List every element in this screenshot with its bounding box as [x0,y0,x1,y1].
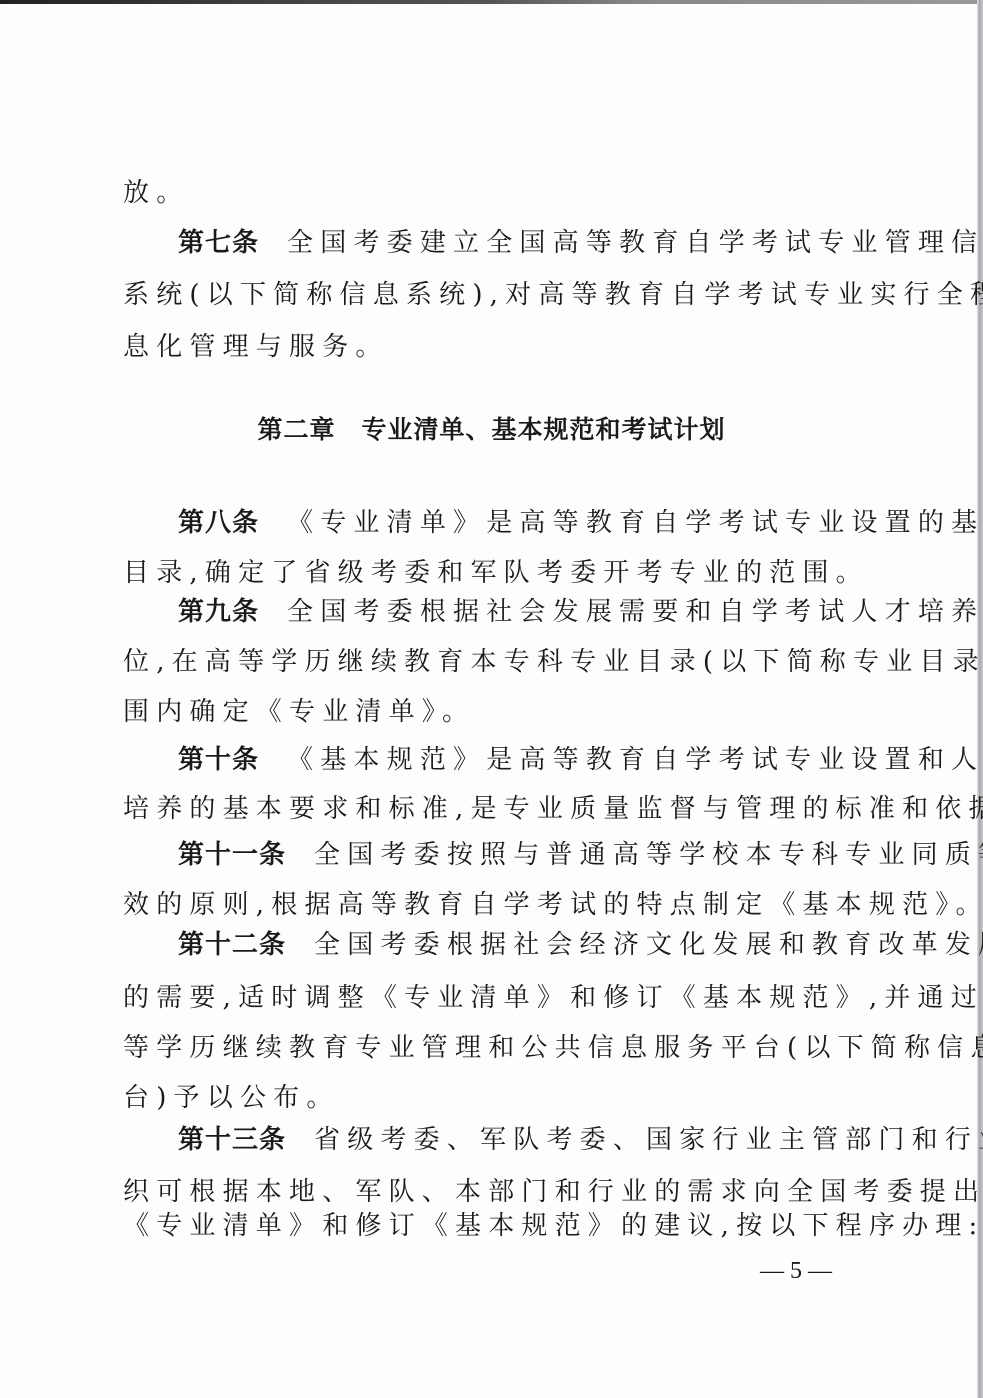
line-text: 全国考委建立全国高等教育自学考试专业管理信息 [287,228,983,258]
article-11: 第十一条全国考委按照与普通高等学校本专科专业同质等 [178,837,863,873]
text-line: 的需要,适时调整《专业清单》和修订《基本规范》,并通过全国高 [123,980,863,1016]
line-text: 的需要,适时调整《专业清单》和修订《基本规范》,并通过全国高 [123,983,983,1013]
line-text: 全国考委根据社会经济文化发展和教育改革发展 [314,930,983,960]
text-line: 放。 [123,175,863,211]
line-text: 位,在高等学历继续教育本专科专业目录(以下简称专业目录)范 [123,647,983,677]
text-line: 培养的基本要求和标准,是专业质量监督与管理的标准和依据。 [123,791,863,827]
scan-top-edge [0,0,983,4]
line-text: 等学历继续教育专业管理和公共信息服务平台(以下简称信息平 [123,1033,983,1063]
article-9: 第九条全国考委根据社会发展需要和自学考试人才培养定 [178,594,863,630]
chapter-number: 第二章 [257,415,335,444]
line-text: 系统(以下简称信息系统),对高等教育自学考试专业实行全程信 [123,280,983,310]
line-text: 全国考委根据社会发展需要和自学考试人才培养定 [287,597,983,627]
chapter-heading: 第二章专业清单、基本规范和考试计划 [0,412,983,448]
line-text: 《基本规范》是高等教育自学考试专业设置和人才 [287,745,983,775]
text-line: 围内确定《专业清单》。 [123,694,863,730]
text-line: 台)予以公布。 [123,1080,863,1116]
article-8: 第八条《专业清单》是高等教育自学考试专业设置的基本 [178,505,863,541]
line-text: 效的原则,根据高等教育自学考试的特点制定《基本规范》。 [123,890,983,920]
line-text: 《专业清单》是高等教育自学考试专业设置的基本 [287,508,983,538]
article-label: 第十二条 [178,930,286,960]
text-line: 《专业清单》和修订《基本规范》的建议,按以下程序办理: [123,1208,863,1244]
line-text: 织可根据本地、军队、本部门和行业的需求向全国考委提出调整 [123,1177,983,1207]
text-line: 织可根据本地、军队、本部门和行业的需求向全国考委提出调整 [123,1174,863,1210]
line-text: 台)予以公布。 [123,1083,340,1113]
text-line: 位,在高等学历继续教育本专科专业目录(以下简称专业目录)范 [123,644,863,680]
article-13: 第十三条省级考委、军队考委、国家行业主管部门和行业组 [178,1122,863,1158]
article-label: 第八条 [178,508,259,538]
chapter-title: 专业清单、基本规范和考试计划 [362,415,726,444]
article-10: 第十条《基本规范》是高等教育自学考试专业设置和人才 [178,742,863,778]
line-text: 息化管理与服务。 [123,332,389,362]
page-number: — 5 — [760,1258,860,1285]
article-12: 第十二条全国考委根据社会经济文化发展和教育改革发展 [178,927,863,963]
article-label: 第九条 [178,597,259,627]
article-label: 第十三条 [178,1125,286,1155]
text-line: 等学历继续教育专业管理和公共信息服务平台(以下简称信息平 [123,1030,863,1066]
article-7: 第七条全国考委建立全国高等教育自学考试专业管理信息 [178,225,863,261]
line-text: 围内确定《专业清单》。 [123,697,475,727]
text-line: 系统(以下简称信息系统),对高等教育自学考试专业实行全程信 [123,277,863,313]
line-text: 全国考委按照与普通高等学校本专科专业同质等 [314,840,983,870]
line-text: 目录,确定了省级考委和军队考委开考专业的范围。 [123,558,869,588]
line-text: 省级考委、军队考委、国家行业主管部门和行业组 [314,1125,983,1155]
line-text: 放。 [123,178,189,208]
article-label: 第十一条 [178,840,286,870]
line-text: 《专业清单》和修订《基本规范》的建议,按以下程序办理: [123,1211,983,1241]
article-label: 第七条 [178,228,259,258]
text-line: 目录,确定了省级考委和军队考委开考专业的范围。 [123,555,863,591]
line-text: 培养的基本要求和标准,是专业质量监督与管理的标准和依据。 [123,794,983,824]
text-line: 息化管理与服务。 [123,329,863,365]
article-label: 第十条 [178,745,259,775]
text-line: 效的原则,根据高等教育自学考试的特点制定《基本规范》。 [123,887,863,923]
